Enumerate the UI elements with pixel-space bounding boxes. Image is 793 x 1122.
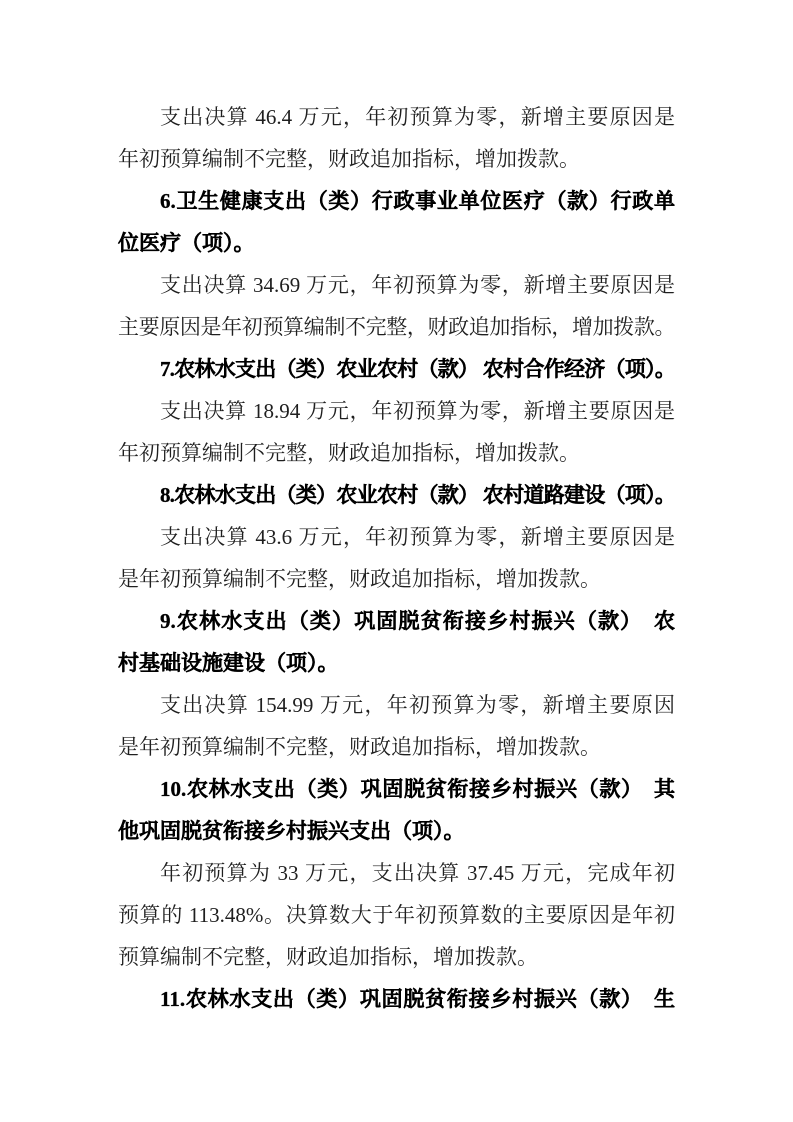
body-paragraph: 年初预算为 33 万元，支出决算 37.45 万元，完成年初预算的 113.48… [118,852,675,978]
text-line: 位医疗（项）。 [118,222,675,264]
text-line: 是年初预算编制不完整，财政追加指标，增加拨款。 [118,726,675,768]
text-line: 11.农林水支出（类）巩固脱贫衔接乡村振兴（款） 生 [118,978,675,1020]
text-line: 支出决算 46.4 万元，年初预算为零，新增主要原因是 [118,96,675,138]
text-line: 预算编制不完整，财政追加指标，增加拨款。 [118,936,675,978]
expenditure-heading: 9.农林水支出（类）巩固脱贫衔接乡村振兴（款） 农村基础设施建设（项）。 [118,600,675,684]
text-line: 支出决算 34.69 万元，年初预算为零，新增主要原因是 [118,264,675,306]
text-line: 主要原因是年初预算编制不完整，财政追加指标，增加拨款。 [118,306,675,348]
text-line: 支出决算 154.99 万元，年初预算为零，新增主要原因 [118,684,675,726]
text-line: 8.农林水支出（类）农业农村（款） 农村道路建设（项）。 [118,474,675,516]
text-line: 6.卫生健康支出（类）行政事业单位医疗（款）行政单 [118,180,675,222]
text-line: 10.农林水支出（类）巩固脱贫衔接乡村振兴（款） 其 [118,768,675,810]
body-paragraph: 支出决算 34.69 万元，年初预算为零，新增主要原因是主要原因是年初预算编制不… [118,264,675,348]
text-line: 预算的 113.48%。决算数大于年初预算数的主要原因是年初 [118,894,675,936]
text-line: 支出决算 18.94 万元，年初预算为零，新增主要原因是 [118,390,675,432]
text-line: 7.农林水支出（类）农业农村（款） 农村合作经济（项）。 [118,348,675,390]
body-paragraph: 支出决算 46.4 万元，年初预算为零，新增主要原因是年初预算编制不完整，财政追… [118,96,675,180]
expenditure-heading: 7.农林水支出（类）农业农村（款） 农村合作经济（项）。 [118,348,675,390]
document-page: 支出决算 46.4 万元，年初预算为零，新增主要原因是年初预算编制不完整，财政追… [0,0,793,1122]
expenditure-heading: 11.农林水支出（类）巩固脱贫衔接乡村振兴（款） 生 [118,978,675,1020]
body-paragraph: 支出决算 154.99 万元，年初预算为零，新增主要原因是年初预算编制不完整，财… [118,684,675,768]
text-line: 是年初预算编制不完整，财政追加指标，增加拨款。 [118,558,675,600]
text-block: 支出决算 46.4 万元，年初预算为零，新增主要原因是年初预算编制不完整，财政追… [118,96,675,1020]
body-paragraph: 支出决算 43.6 万元，年初预算为零，新增主要原因是是年初预算编制不完整，财政… [118,516,675,600]
expenditure-heading: 8.农林水支出（类）农业农村（款） 农村道路建设（项）。 [118,474,675,516]
text-line: 年初预算编制不完整，财政追加指标，增加拨款。 [118,138,675,180]
expenditure-heading: 10.农林水支出（类）巩固脱贫衔接乡村振兴（款） 其他巩固脱贫衔接乡村振兴支出（… [118,768,675,852]
text-line: 9.农林水支出（类）巩固脱贫衔接乡村振兴（款） 农 [118,600,675,642]
text-line: 他巩固脱贫衔接乡村振兴支出（项）。 [118,810,675,852]
text-line: 年初预算为 33 万元，支出决算 37.45 万元，完成年初 [118,852,675,894]
text-line: 村基础设施建设（项）。 [118,642,675,684]
text-line: 支出决算 43.6 万元，年初预算为零，新增主要原因是 [118,516,675,558]
expenditure-heading: 6.卫生健康支出（类）行政事业单位医疗（款）行政单位医疗（项）。 [118,180,675,264]
text-line: 年初预算编制不完整，财政追加指标，增加拨款。 [118,432,675,474]
body-paragraph: 支出决算 18.94 万元，年初预算为零，新增主要原因是年初预算编制不完整，财政… [118,390,675,474]
